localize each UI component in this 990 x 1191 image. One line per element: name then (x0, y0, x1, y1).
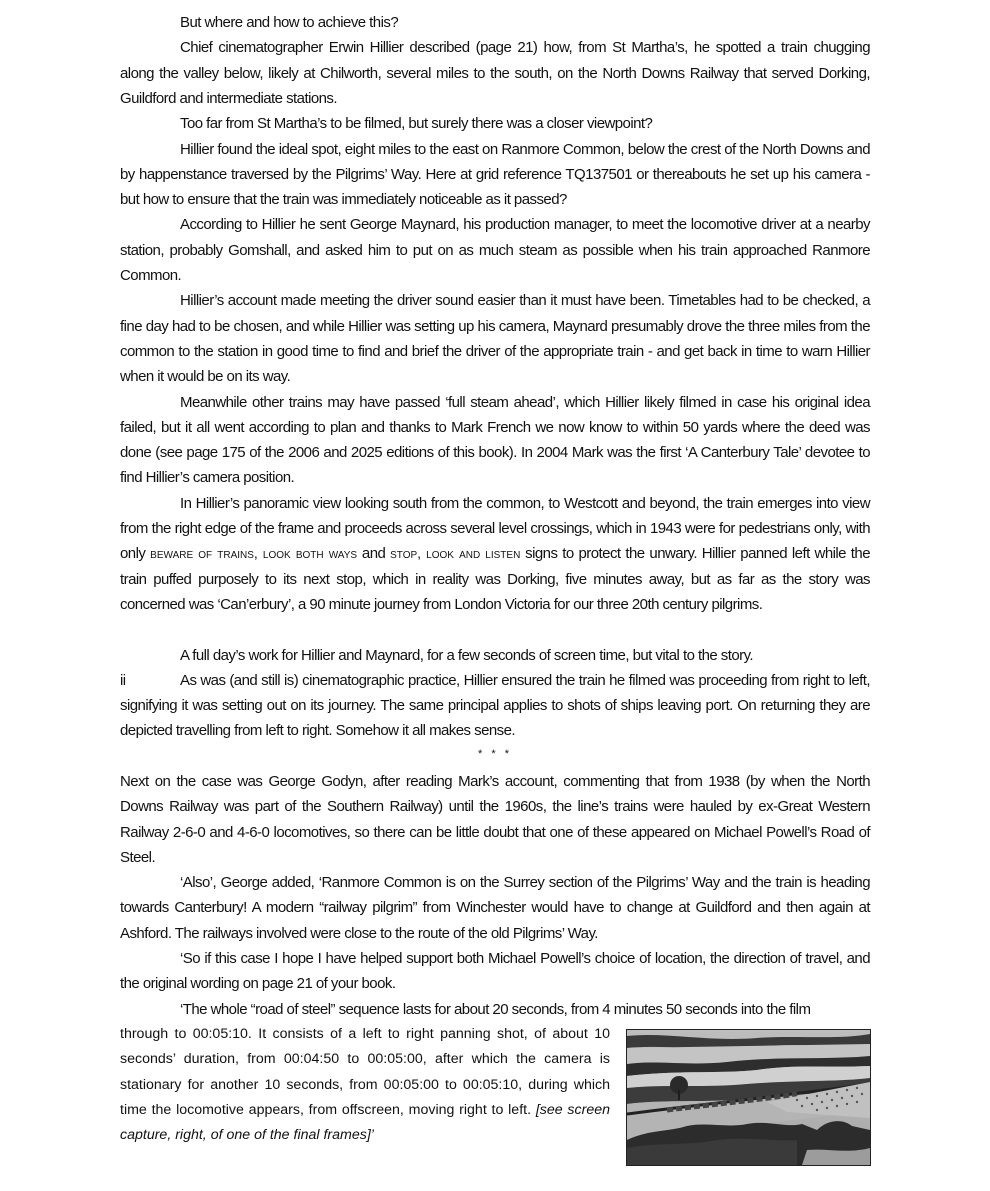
paragraph-text: ‘The whole “road of steel” sequence last… (180, 1001, 810, 1018)
paragraph-text: But where and how to achieve this? (180, 14, 398, 31)
paragraph-text: According to Hillier he sent George Mayn… (120, 216, 870, 284)
paragraph: In Hillier’s panoramic view looking sout… (120, 491, 870, 617)
paragraph: Meanwhile other trains may have passed ‘… (120, 390, 870, 491)
paragraph-text: Meanwhile other trains may have passed ‘… (120, 394, 870, 487)
paragraph-text: Next on the case was George Godyn, after… (120, 773, 870, 866)
paragraph: ‘So if this case I hope I have helped su… (120, 946, 870, 997)
sign-text-stop: STOP, LOOK AND LISTEN (390, 545, 520, 561)
paragraph-text: Chief cinematographer Erwin Hillier desc… (120, 39, 870, 107)
paragraph-text: Hillier found the ideal spot, eight mile… (120, 141, 870, 209)
paragraph: Next on the case was George Godyn, after… (120, 769, 870, 870)
paragraph: A full day’s work for Hillier and Maynar… (120, 643, 870, 668)
paragraph: Too far from St Martha’s to be filmed, b… (120, 111, 870, 136)
paragraph: Chief cinematographer Erwin Hillier desc… (120, 35, 870, 111)
section-separator: * * * (120, 748, 870, 760)
paragraph: But where and how to achieve this? (120, 10, 870, 35)
paragraph-text: Hillier’s account made meeting the drive… (120, 292, 870, 385)
photo-adjacent-paragraph: through to 00:05:10. It consists of a le… (120, 1022, 610, 1148)
paragraph: According to Hillier he sent George Mayn… (120, 212, 870, 288)
paragraph: ‘The whole “road of steel” sequence last… (120, 997, 870, 1022)
paragraph-text: Too far from St Martha’s to be filmed, b… (180, 115, 652, 132)
paragraph-text: ‘So if this case I hope I have helped su… (120, 950, 870, 992)
paragraph: Hillier found the ideal spot, eight mile… (120, 137, 870, 213)
landscape-image (627, 1030, 870, 1165)
sign-text-beware: BEWARE OF TRAINS, LOOK BOTH WAYS (150, 545, 357, 561)
paragraph-text: A full day’s work for Hillier and Maynar… (180, 647, 753, 664)
footnote-paragraph: As was (and still is) cinematographic pr… (120, 668, 870, 744)
paragraph: Hillier’s account made meeting the drive… (120, 288, 870, 389)
paragraph: ‘Also’, George added, ‘Ranmore Common is… (120, 870, 870, 946)
paragraph-text: ‘Also’, George added, ‘Ranmore Common is… (120, 874, 870, 942)
film-still-photo (626, 1029, 871, 1166)
paragraph-text: and (357, 545, 390, 562)
paragraph-text: As was (and still is) cinematographic pr… (120, 672, 870, 740)
